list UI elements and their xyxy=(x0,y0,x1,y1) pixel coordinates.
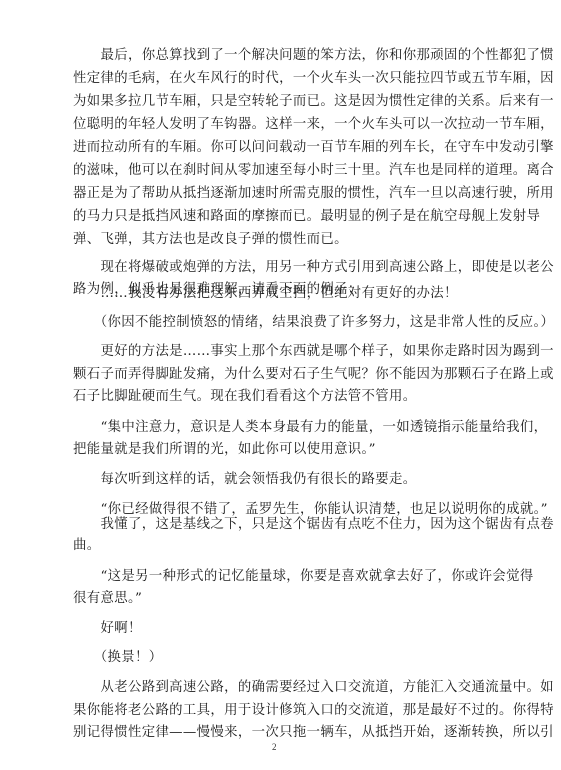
quote-line: ……我没有办法把这东西弄成空挡，但绝对有更好的办法！ xyxy=(73,286,483,302)
quote-line: “你已经做得很不错了，孟罗先生，你能认识清楚，也足以说明你的成就。” xyxy=(73,502,483,518)
paragraph-line: 进而拉动所有的车厢。你可以问问载动一百节车厢的列车长，在守车中发动引擎 xyxy=(73,140,483,156)
document-page: 最后，你总算找到了一个解决问题的笨方法，你和你那顽固的个性都犯了惯 性定律的毛病… xyxy=(0,0,561,770)
paragraph-line: 最后，你总算找到了一个解决问题的笨方法，你和你那顽固的个性都犯了惯 xyxy=(73,48,483,64)
paragraph-line: 石子比脚趾硬而生气。现在我们看看这个方法管不管用。 xyxy=(73,389,483,405)
paragraph-line: 我懂了，这是基线之下，只是这个锯齿有点吃不住力，因为这个锯齿有点卷 xyxy=(73,517,483,533)
paragraph-line: 性定律的毛病，在火车风行的时代，一个火车头一次只能拉四节或五节车厢，因 xyxy=(73,71,483,87)
paragraph-line: 曲。 xyxy=(73,538,483,554)
paragraph-line: 每次听到这样的话，就会领悟我仍有很长的路要走。 xyxy=(73,472,483,488)
paragraph-line: 好啊！ xyxy=(73,621,483,637)
aside-line: （换景！） xyxy=(73,650,483,666)
paragraph-line: 更好的方法是……事实上那个东西就是哪个样子，如果你走路时因为踢到一 xyxy=(73,344,483,360)
paragraph-line: 弹、飞弹，其方法也是改良子弹的惯性而已。 xyxy=(73,232,483,248)
paragraph-line: 现在将爆破或炮弹的方法，用另一种方式引用到高速公路上，即使是以老公 xyxy=(73,260,483,276)
quote-line: 很有意思。” xyxy=(73,591,483,607)
page-number: 2 xyxy=(272,742,277,752)
paragraph-line: 器正是为了帮助从抵挡逐渐加速时所需克服的惯性，汽车一旦以高速行驶，所用 xyxy=(73,186,483,202)
paragraph-line: 位聪明的年轻人发明了车钩器。这样一来，一个火车头可以一次拉动一节车厢， xyxy=(73,117,483,133)
quote-line: “集中注意力，意识是人类本身最有力的能量，一如透镜指示能量给我们， xyxy=(73,420,483,436)
paragraph-line: 果你能将老公路的工具，用于设计修筑入口的交流道，那是最好不过的。你得特 xyxy=(73,703,483,719)
paragraph-line: 别记得惯性定律——慢慢来，一次只拖一辆车，从抵挡开始，逐渐转换，所以引 xyxy=(73,725,483,741)
aside-line: （你因不能控制愤怒的情绪，结果浪费了许多努力，这是非常人性的反应。） xyxy=(73,315,483,331)
paragraph-line: 从老公路到高速公路，的确需要经过入口交流道，方能汇入交通流量中。如 xyxy=(73,680,483,696)
paragraph-line: 为如果多拉几节车厢，只是空转轮子而已。这是因为惯性定律的关系。后来有一 xyxy=(73,94,483,110)
quote-line: “这是另一种形式的记忆能量球，你要是喜欢就拿去好了，你或许会觉得 xyxy=(73,569,483,585)
paragraph-line: 颗石子而弄得脚趾发痛，为什么要对石子生气呢？你不能因为那颗石子在路上或 xyxy=(73,367,483,383)
paragraph-line: 的马力只是抵挡风速和路面的摩擦而已。最明显的例子是在航空母舰上发射导 xyxy=(73,209,483,225)
paragraph-line: 的滋味，他可以在刹时间从零加速至每小时三十里。汽车也是同样的道理。离合 xyxy=(73,163,483,179)
quote-line: 把能量就是我们所谓的光，如此你可以使用意识。” xyxy=(73,442,483,458)
